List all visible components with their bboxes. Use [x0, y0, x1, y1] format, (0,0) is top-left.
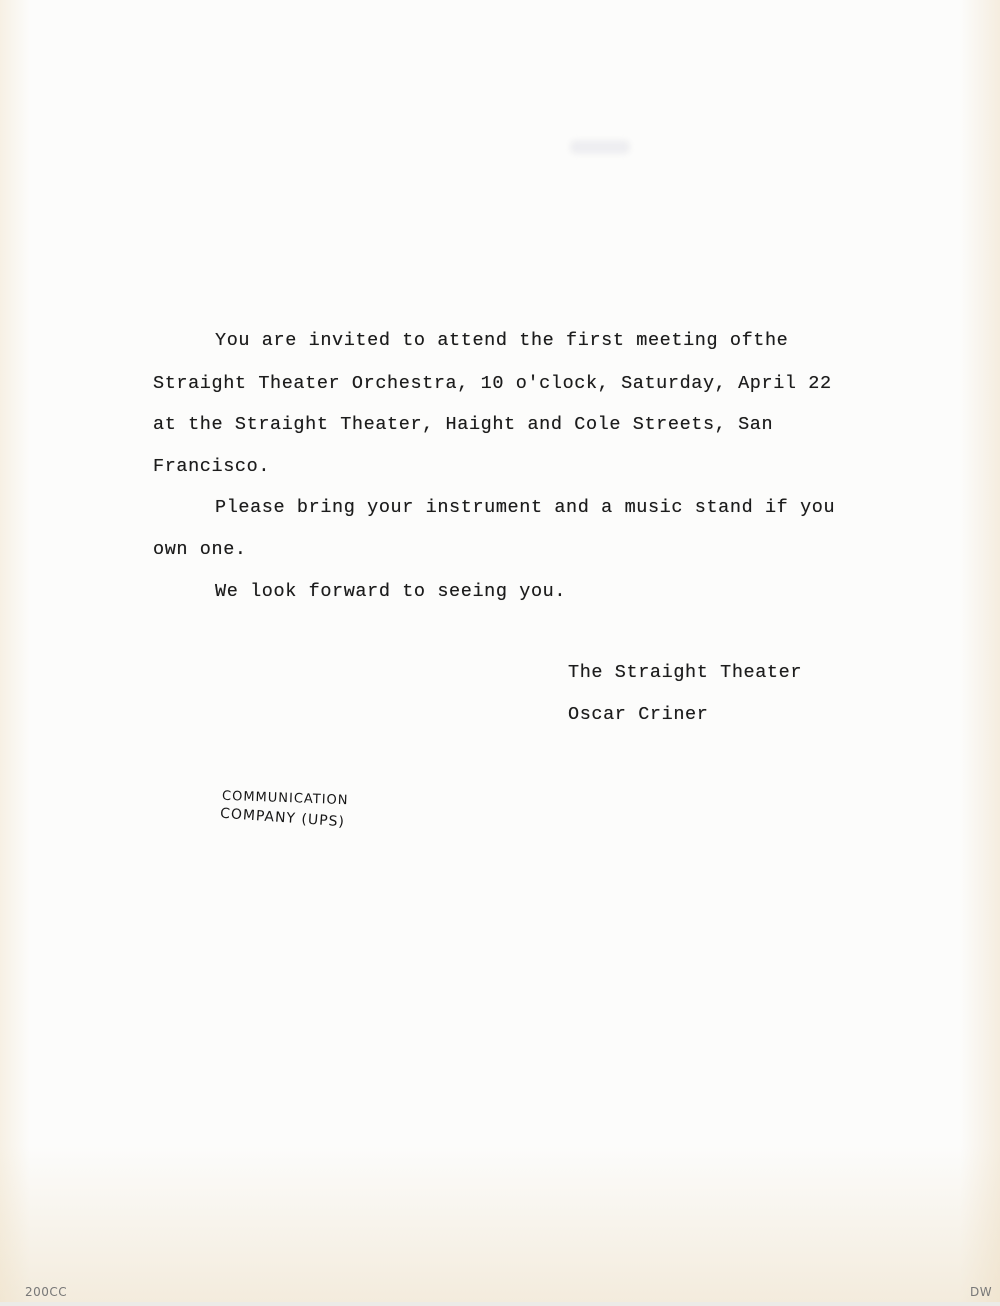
body-line-1: You are invited to attend the first meet…	[215, 332, 788, 351]
archive-code: 200CC	[25, 1285, 67, 1299]
handwritten-note-line-1: COMMUNICATION	[222, 790, 349, 807]
body-line-2: Straight Theater Orchestra, 10 o'clock, …	[153, 375, 832, 394]
paper-smudge	[570, 140, 630, 154]
body-line-6: own one.	[153, 541, 247, 560]
body-line-3: at the Straight Theater, Haight and Cole…	[153, 416, 773, 435]
body-line-5: Please bring your instrument and a music…	[215, 499, 835, 518]
handwritten-note-line-2: COMPANY (UPS)	[220, 807, 346, 830]
body-line-4: Francisco.	[153, 458, 270, 477]
letter-page: You are invited to attend the first meet…	[0, 0, 1000, 1302]
signature-organization: The Straight Theater	[568, 664, 802, 683]
initials: DW	[970, 1285, 992, 1299]
signature-name: Oscar Criner	[568, 706, 708, 725]
body-line-7: We look forward to seeing you.	[215, 583, 566, 602]
